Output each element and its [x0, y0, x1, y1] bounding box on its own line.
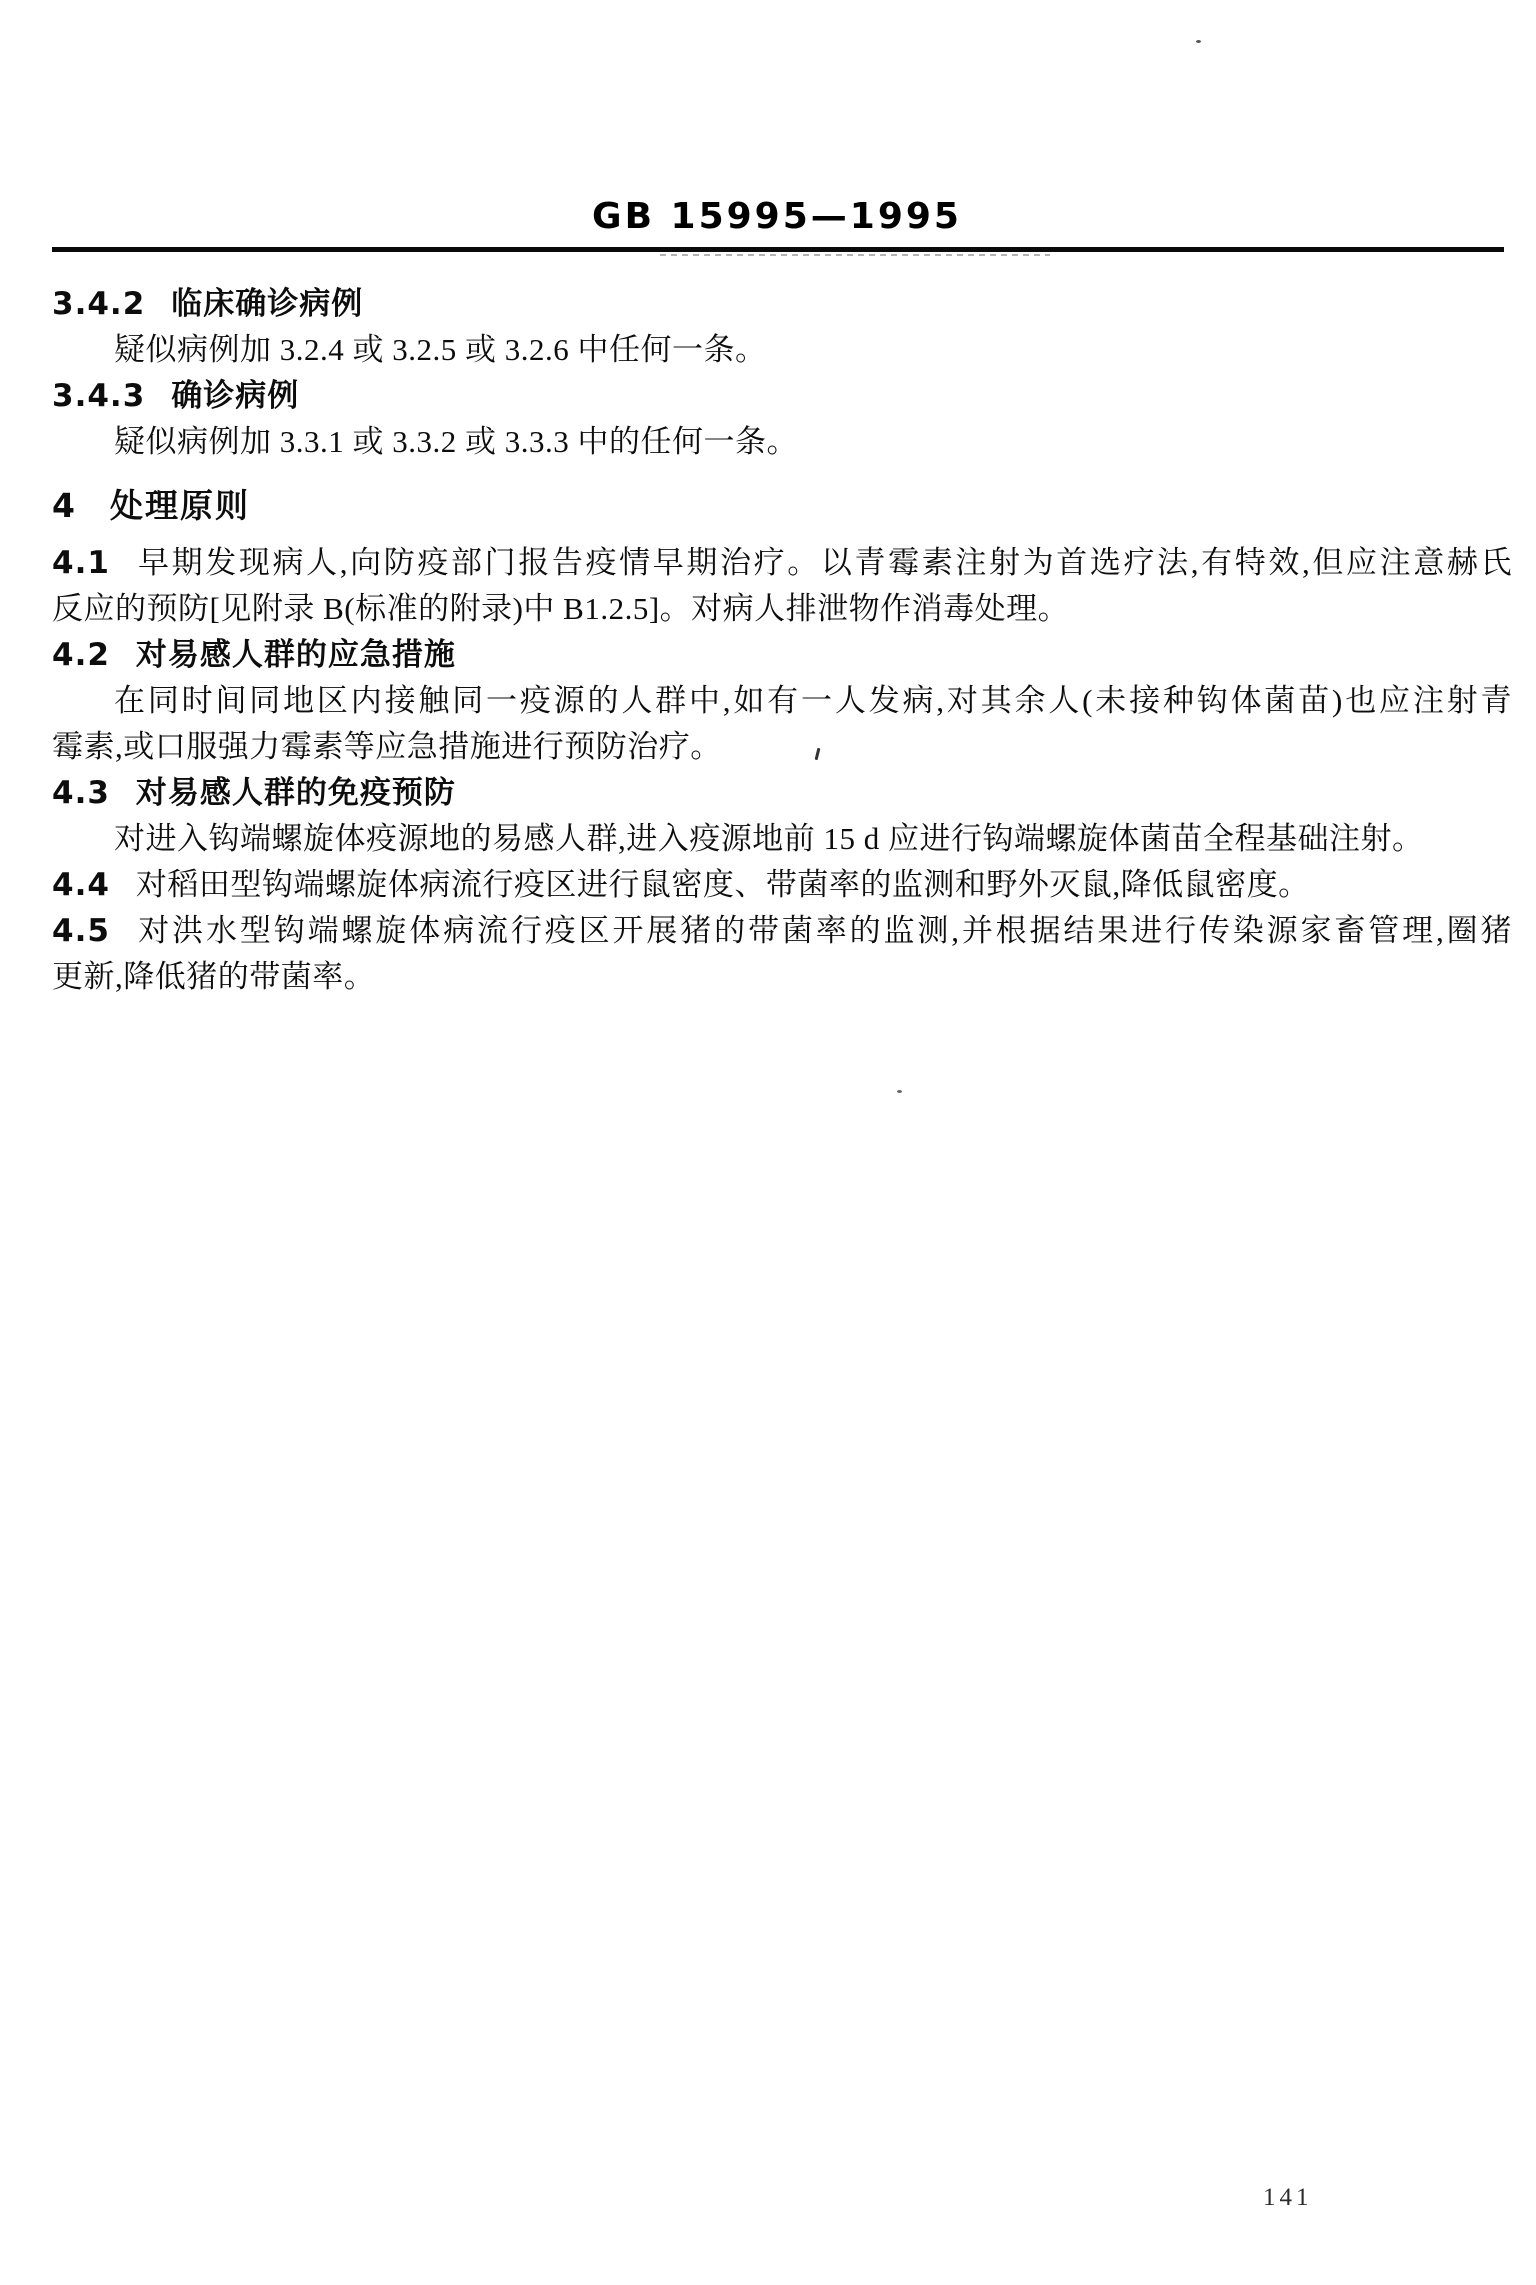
clause-heading-4-2: 4.2对易感人群的应急措施: [52, 632, 1512, 678]
scan-artifact: [897, 1090, 902, 1093]
paragraph: 在同时间同地区内接触同一疫源的人群中,如有一人发病,对其余人(未接种钩体菌苗)也…: [52, 678, 1512, 724]
scan-smudge: [660, 254, 1050, 256]
paragraph-text: 疑似病例加 3.3.1 或 3.3.2 或 3.3.3 中的任何一条。: [114, 424, 798, 459]
section-number: 4: [52, 486, 110, 525]
clause-number: 3.4.2: [52, 286, 171, 322]
clause-heading-3-4-3: 3.4.3确诊病例: [52, 373, 1512, 419]
document-body: 3.4.2临床确诊病例 疑似病例加 3.2.4 或 3.2.5 或 3.2.6 …: [52, 281, 1512, 1000]
scan-artifact: [257, 930, 261, 933]
document-page: GB 15995—1995 3.4.2临床确诊病例 疑似病例加 3.2.4 或 …: [0, 0, 1536, 2285]
clause-title: 对易感人群的免疫预防: [136, 775, 456, 811]
paragraph: 对进入钩端螺旋体疫源地的易感人群,进入疫源地前 15 d 应进行钩端螺旋体菌苗全…: [52, 816, 1512, 862]
scan-artifact: [1196, 40, 1201, 43]
page-number: 141: [1263, 2184, 1313, 2212]
paragraph-text: 对洪水型钩端螺旋体病流行疫区开展猪的带菌率的监测,并根据结果进行传染源家畜管理,…: [136, 913, 1512, 948]
paragraph-text: 霉素,或口服强力霉素等应急措施进行预防治疗。: [52, 729, 722, 764]
clause-number: 4.5: [52, 913, 136, 949]
clause-paragraph-4-4: 4.4对稻田型钩端螺旋体病流行疫区进行鼠密度、带菌率的监测和野外灭鼠,降低鼠密度…: [52, 862, 1512, 908]
clause-heading-3-4-2: 3.4.2临床确诊病例: [52, 281, 1512, 327]
standard-number-header: GB 15995—1995: [0, 196, 1536, 237]
paragraph: 疑似病例加 3.3.1 或 3.3.2 或 3.3.3 中的任何一条。: [52, 419, 1512, 465]
clause-number: 4.1: [52, 545, 136, 581]
paragraph: 疑似病例加 3.2.4 或 3.2.5 或 3.2.6 中任何一条。: [52, 327, 1512, 373]
clause-number: 3.4.3: [52, 378, 171, 414]
clause-number: 4.3: [52, 775, 136, 811]
clause-heading-4-3: 4.3对易感人群的免疫预防: [52, 770, 1512, 816]
paragraph-text: 反应的预防[见附录 B(标准的附录)中 B1.2.5]。对病人排泄物作消毒处理。: [52, 591, 1069, 626]
paragraph-text: 对稻田型钩端螺旋体病流行疫区进行鼠密度、带菌率的监测和野外灭鼠,降低鼠密度。: [136, 867, 1310, 902]
paragraph-text: 疑似病例加 3.2.4 或 3.2.5 或 3.2.6 中任何一条。: [114, 332, 767, 367]
paragraph-continuation: 更新,降低猪的带菌率。: [52, 954, 1512, 1000]
clause-number: 4.4: [52, 867, 136, 903]
section-heading-4: 4处理原则: [52, 483, 1512, 530]
clause-title: 确诊病例: [171, 378, 299, 414]
clause-title: 对易感人群的应急措施: [136, 637, 456, 673]
paragraph-continuation: 霉素,或口服强力霉素等应急措施进行预防治疗。: [52, 724, 1512, 770]
header-rule: [52, 247, 1504, 252]
clause-title: 临床确诊病例: [171, 286, 363, 322]
paragraph-continuation: 反应的预防[见附录 B(标准的附录)中 B1.2.5]。对病人排泄物作消毒处理。: [52, 586, 1512, 632]
paragraph-text: 在同时间同地区内接触同一疫源的人群中,如有一人发病,对其余人(未接种钩体菌苗)也…: [114, 683, 1512, 718]
clause-number: 4.2: [52, 637, 136, 673]
paragraph-text: 早期发现病人,向防疫部门报告疫情早期治疗。以青霉素注射为首选疗法,有特效,但应注…: [136, 545, 1512, 580]
paragraph-text: 对进入钩端螺旋体疫源地的易感人群,进入疫源地前 15 d 应进行钩端螺旋体菌苗全…: [114, 821, 1424, 856]
clause-paragraph-4-5: 4.5对洪水型钩端螺旋体病流行疫区开展猪的带菌率的监测,并根据结果进行传染源家畜…: [52, 908, 1512, 954]
clause-paragraph-4-1: 4.1早期发现病人,向防疫部门报告疫情早期治疗。以青霉素注射为首选疗法,有特效,…: [52, 540, 1512, 586]
section-title: 处理原则: [110, 486, 250, 525]
paragraph-text: 更新,降低猪的带菌率。: [52, 959, 375, 994]
